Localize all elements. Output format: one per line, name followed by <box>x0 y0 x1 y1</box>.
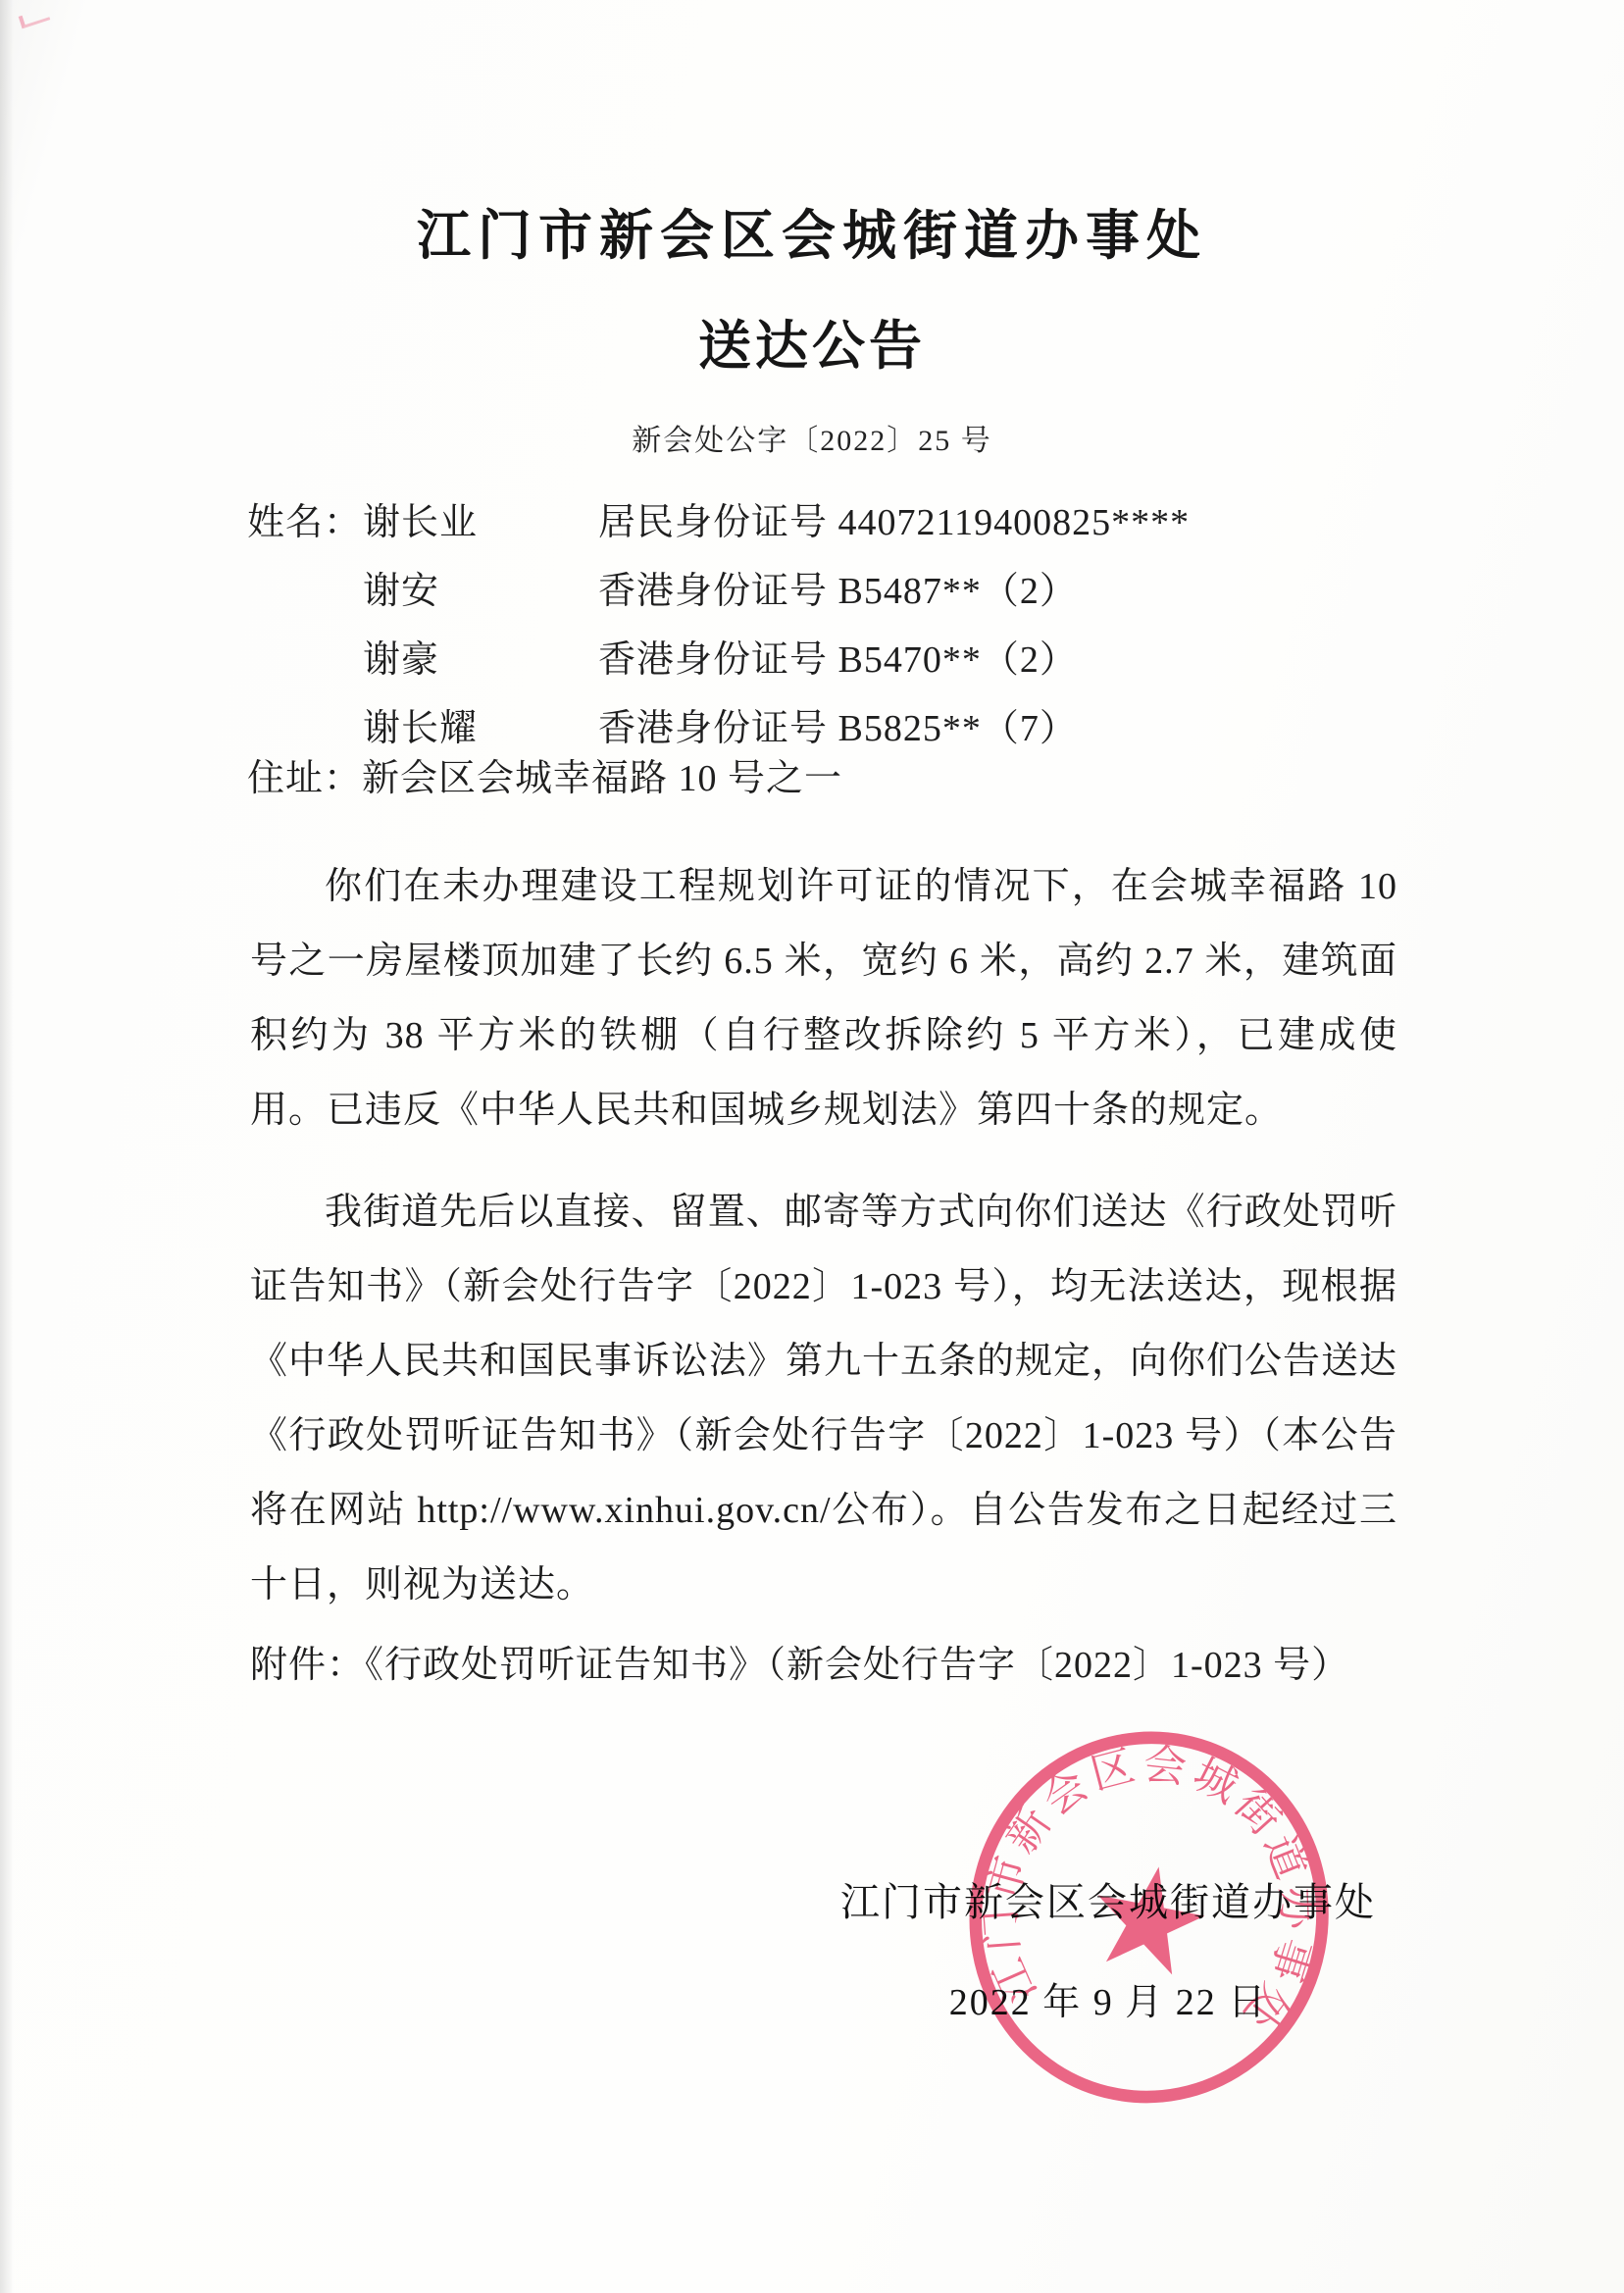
page-title: 江门市新会区会城街道办事处 <box>0 192 1624 270</box>
recipient-label-spacer <box>247 626 363 694</box>
notice-subtitle: 送达公告 <box>0 304 1624 380</box>
attachment-line: 附件：《行政处罚听证告知书》（新会处行告字〔2022〕1-023 号） <box>250 1628 1417 1703</box>
recipient-name: 谢长耀 <box>363 694 598 763</box>
recipient-list: 姓名： 谢长业 居民身份证号 44072119400825**** 谢安 香港身… <box>247 488 1404 763</box>
body-paragraph-2: 我街道先后以直接、留置、邮寄等方式向你们送达《行政处罚听证告知书》（新会处行告字… <box>250 1175 1397 1622</box>
recipient-label-spacer <box>247 557 363 626</box>
recipient-name: 谢长业 <box>363 488 598 557</box>
recipient-label-spacer <box>247 694 363 763</box>
recipient-name: 谢安 <box>363 557 598 626</box>
star-icon <box>1086 1857 1212 1978</box>
body-paragraph-1: 你们在未办理建设工程规划许可证的情况下，在会城幸福路 10 号之一房屋楼顶加建了… <box>250 849 1397 1147</box>
recipient-label: 姓名： <box>247 488 363 557</box>
official-seal: 江门市新会区会城街道办事处 <box>926 1688 1374 2144</box>
red-corner-mark <box>19 8 51 29</box>
notice-document-page: 江门市新会区会城街道办事处 送达公告 新会处公字〔2022〕25 号 姓名： 谢… <box>0 0 1624 2293</box>
recipient-id: 香港身份证号 B5825**（7） <box>598 694 1404 763</box>
official-seal-svg: 江门市新会区会城街道办事处 <box>926 1688 1374 2144</box>
document-number: 新会处公字〔2022〕25 号 <box>0 416 1624 459</box>
recipient-id: 香港身份证号 B5487**（2） <box>598 557 1404 626</box>
address-line: 住址：新会区会城幸福路 10 号之一 <box>247 755 1404 802</box>
recipient-id: 居民身份证号 44072119400825**** <box>598 488 1404 557</box>
recipient-id: 香港身份证号 B5470**（2） <box>598 626 1404 694</box>
recipient-name: 谢豪 <box>363 626 598 694</box>
